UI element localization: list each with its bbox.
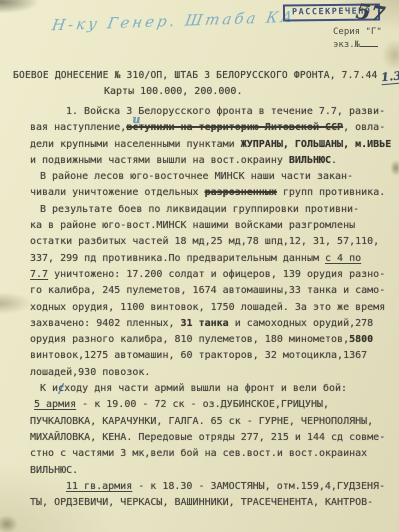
report-title: БОЕВОЕ ДОНЕСЕНИЕ № 310/ОП, ШТАБ 3 БЕЛОРУ…: [13, 69, 399, 84]
text-segment: ЖУПРАНЫ, ГОЛЬШАНЫ, м.ИВЬЕ: [241, 139, 392, 150]
document-line: ТЫ, ОРДЗЕВИЧИ, ЧЕРКАСЫ, ВАШИННИКИ, ТРАСЕ…: [30, 495, 395, 511]
document-line: 337, 299 пд противника.По предварительны…: [30, 251, 395, 267]
text-segment: , овла-: [343, 122, 385, 133]
text-segment: ПУЧКАЛОВКА, КАРАЧУНКИ, ГАЛГА. 65 ск - ГУ…: [30, 416, 373, 427]
text-segment: ВИЛЬНЮС.: [30, 465, 78, 476]
text-segment: лошадей,930 повозок.: [30, 367, 150, 378]
text-segment: - к 18.30 - ЗАМОСТЯНЫ, отм.159,4,ГУДЗЕНЯ…: [132, 481, 385, 492]
maps-line: Карты 100.000, 200.000.: [104, 86, 242, 97]
text-segment: ходу дня части армий вышли на фронт и ве…: [64, 383, 347, 394]
document-line: ходных орудия, 1100 винтовок, 1750 лошад…: [30, 300, 395, 316]
handwritten-insertion: и: [132, 112, 140, 128]
document-line: чивали уничтожение отдельных разрозненны…: [30, 185, 395, 201]
document-line: захвачено: 9402 пленных, 31 танка и само…: [30, 316, 395, 332]
text-segment: МИХАЙЛОВКА, КЕНА. Передовые отряды 277, …: [30, 432, 385, 443]
paper-stain: [382, 40, 399, 70]
document-line: 5 армия - к 19.00 - 72 ск - оз.ДУБИНСКОЕ…: [30, 397, 395, 413]
struck-text: разрозненных: [205, 187, 277, 198]
text-segment: орудия разного калибра, 810 пулеметов, 1…: [30, 334, 349, 345]
copy-number-blank: [360, 38, 378, 47]
handwritten-time: 1.30: [380, 68, 399, 85]
text-segment: ходных орудия, 1100 винтовок, 1750 лошад…: [30, 302, 385, 313]
document-line: ка в районе юго-вост.МИНСК нашими войска…: [30, 218, 395, 234]
text-segment: В районе лесов юго-восточнее МИНСК наши …: [40, 171, 353, 182]
text-segment: вая наступление,: [30, 122, 126, 133]
text-segment: с 4 по: [325, 253, 361, 264]
paper-stain: [0, 515, 18, 532]
document-line: В районе лесов юго-восточнее МИНСК наши …: [30, 169, 395, 185]
document-line: 11 гв.армия - к 18.30 - ЗАМОСТЯНЫ, отм.1…: [30, 479, 395, 495]
text-segment: чивали уничтожение отдельных: [30, 187, 205, 198]
text-segment: К и: [40, 383, 58, 394]
document-line: 7.7 уничтожено: 17.200 солдат и офицеров…: [30, 267, 395, 283]
report-title-text: БОЕВОЕ ДОНЕСЕНИЕ № 310/ОП, ШТАБ 3 БЕЛОРУ…: [13, 70, 378, 81]
document-line: винтовок,1275 автомашин, 60 тракторов, 3…: [30, 348, 395, 364]
series-block: Серия "Г" экз.№: [333, 27, 382, 51]
document-line: орудия разного калибра, 810 пулеметов, 1…: [30, 332, 395, 348]
document-line: К исходу дня части армий вышли на фронт …: [30, 381, 395, 397]
text-segment: 11 гв.армия: [66, 481, 132, 492]
text-segment: го калибра, 245 пулеметов, 1674 автомаши…: [30, 285, 385, 296]
text-segment: 337, 299 пд противника.По предварительны…: [30, 253, 325, 264]
text-segment: 5800: [349, 334, 373, 345]
handwritten-page-number: 57: [354, 0, 386, 27]
document-line: ВИЛЬНЮС.: [30, 463, 395, 479]
document-line: В результате боев по ликвидации группиро…: [30, 202, 395, 218]
text-segment: ВИЛЬНЮС: [289, 155, 331, 166]
document-line: 1. Войска 3 Белорусского фронта в течени…: [30, 104, 395, 120]
document-line: ПУЧКАЛОВКА, КАРАЧУНКИ, ГАЛГА. 65 ск - ГУ…: [30, 414, 395, 430]
text-segment: .: [331, 155, 337, 166]
text-segment: 7.7: [30, 269, 48, 280]
text-segment: ТЫ, ОРДЗЕВИЧИ, ЧЕРКАСЫ, ВАШИННИКИ, ТРАСЕ…: [30, 497, 373, 508]
copy-label-row: экз.№: [333, 38, 382, 51]
copy-label: экз.№: [333, 40, 360, 50]
document-line: вая наступление,вступили на территорию Л…: [30, 120, 395, 136]
document-line: лошадей,930 повозок.: [30, 365, 395, 381]
text-segment: стно с частями 3 мк,вели бой на сев.вост…: [30, 448, 367, 459]
text-segment: дели крупными населенными пунктами: [30, 139, 241, 150]
struck-text: вступили на территорию Литовской ССРи: [126, 122, 343, 133]
text-segment: ка в районе юго-вост.МИНСК нашими войска…: [30, 220, 355, 231]
document-body: 1. Войска 3 Белорусского фронта в течени…: [30, 104, 395, 511]
text-segment: и самоходных орудий,278: [229, 318, 374, 329]
text-segment: 1. Войска 3 Белорусского фронта в течени…: [66, 106, 385, 117]
text-segment: захвачено: 9402 пленных,: [30, 318, 181, 329]
document-line: и подвижными частями вышли на вост.окраи…: [30, 153, 395, 169]
text-segment: 5 армия: [34, 399, 76, 410]
document-line: МИХАЙЛОВКА, КЕНА. Передовые отряды 277, …: [30, 430, 395, 446]
text-segment: В результате боев по ликвидации группиро…: [40, 204, 359, 215]
text-segment: групп противника.: [277, 187, 385, 198]
text-segment: остатки разбитых частей 18 мд,25 мд,78 ш…: [30, 236, 379, 247]
document-line: стно с частями 3 мк,вели бой на сев.вост…: [30, 446, 395, 462]
document-line: дели крупными населенными пунктами ЖУПРА…: [30, 137, 395, 153]
text-segment: - к 19.00 - 72 ск - оз.ДУБИНСКОЕ,ГРИЦУНЫ…: [76, 399, 329, 410]
document-line: го калибра, 245 пулеметов, 1674 автомаши…: [30, 283, 395, 299]
scanned-document-page: Н-ку Генер. Штаба КА РАССЕКРЕЧЕНО 57 Сер…: [0, 0, 399, 532]
document-line: остатки разбитых частей 18 мд,25 мд,78 ш…: [30, 234, 395, 250]
text-segment: и подвижными частями вышли на вост.окраи…: [30, 155, 289, 166]
text-segment: 31 танка: [181, 318, 229, 329]
text-segment: винтовок,1275 автомашин, 60 тракторов, 3…: [30, 350, 367, 361]
series-label: Серия "Г": [333, 27, 382, 38]
text-segment: уничтожено: 17.200 солдат и офицеров, 13…: [48, 269, 385, 280]
